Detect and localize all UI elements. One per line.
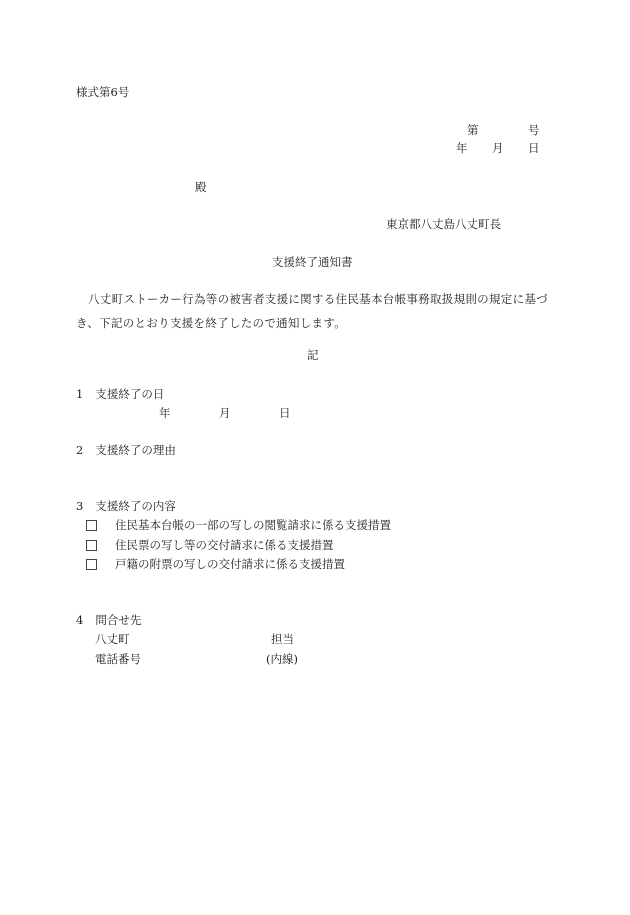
- end-date-month: 月: [219, 405, 231, 421]
- date-year: 年: [456, 140, 468, 156]
- section-4-heading: 4問合せ先: [76, 612, 141, 628]
- document-title: 支援終了通知書: [272, 254, 353, 270]
- section-number: 1: [76, 387, 83, 401]
- section-label: 支援終了の理由: [95, 443, 176, 457]
- checkbox-item[interactable]: 住民基本台帳の一部の写しの閲覧請求に係る支援措置: [86, 517, 391, 533]
- contact-org: 八丈町: [95, 631, 130, 647]
- section-3-heading: 3支援終了の内容: [76, 498, 176, 514]
- section-label: 問合せ先: [95, 613, 141, 627]
- section-label: 支援終了の内容: [95, 499, 176, 513]
- section-number: 4: [76, 613, 83, 627]
- number-prefix: 第: [467, 122, 479, 138]
- checkbox-label: 戸籍の附票の写しの交付請求に係る支援措置: [115, 556, 345, 572]
- number-suffix: 号: [528, 122, 540, 138]
- section-2-heading: 2支援終了の理由: [76, 442, 176, 458]
- date-day: 日: [528, 140, 540, 156]
- checkbox-label: 住民基本台帳の一部の写しの閲覧請求に係る支援措置: [115, 517, 391, 533]
- section-number: 3: [76, 499, 83, 513]
- end-date-year: 年: [159, 405, 171, 421]
- checkbox-item[interactable]: 戸籍の附票の写しの交付請求に係る支援措置: [86, 556, 345, 572]
- section-1-heading: 1支援終了の日: [76, 386, 164, 402]
- contact-extension-label: (内線): [266, 651, 298, 667]
- checkbox[interactable]: [86, 520, 97, 531]
- addressee-suffix: 殿: [195, 179, 207, 195]
- body-text: 八丈町ストーカー行為等の被害者支援に関する住民基本台帳事務取扱規則の規定に基づき…: [76, 287, 556, 335]
- contact-person-label: 担当: [271, 631, 294, 647]
- form-number: 様式第6号: [76, 84, 129, 100]
- checkbox[interactable]: [86, 540, 97, 551]
- contact-phone-label: 電話番号: [95, 651, 141, 667]
- date-month: 月: [492, 140, 504, 156]
- document-page: 様式第6号 第 号 年 月 日 殿 東京都八丈島八丈町長 支援終了通知書 八丈町…: [0, 0, 630, 915]
- section-label: 支援終了の日: [95, 387, 164, 401]
- issuer: 東京都八丈島八丈町長: [386, 216, 501, 232]
- checkbox-item[interactable]: 住民票の写し等の交付請求に係る支援措置: [86, 537, 334, 553]
- checkbox[interactable]: [86, 559, 97, 570]
- checkbox-label: 住民票の写し等の交付請求に係る支援措置: [115, 537, 334, 553]
- section-number: 2: [76, 443, 83, 457]
- ki-label: 記: [307, 347, 319, 363]
- end-date-day: 日: [279, 405, 291, 421]
